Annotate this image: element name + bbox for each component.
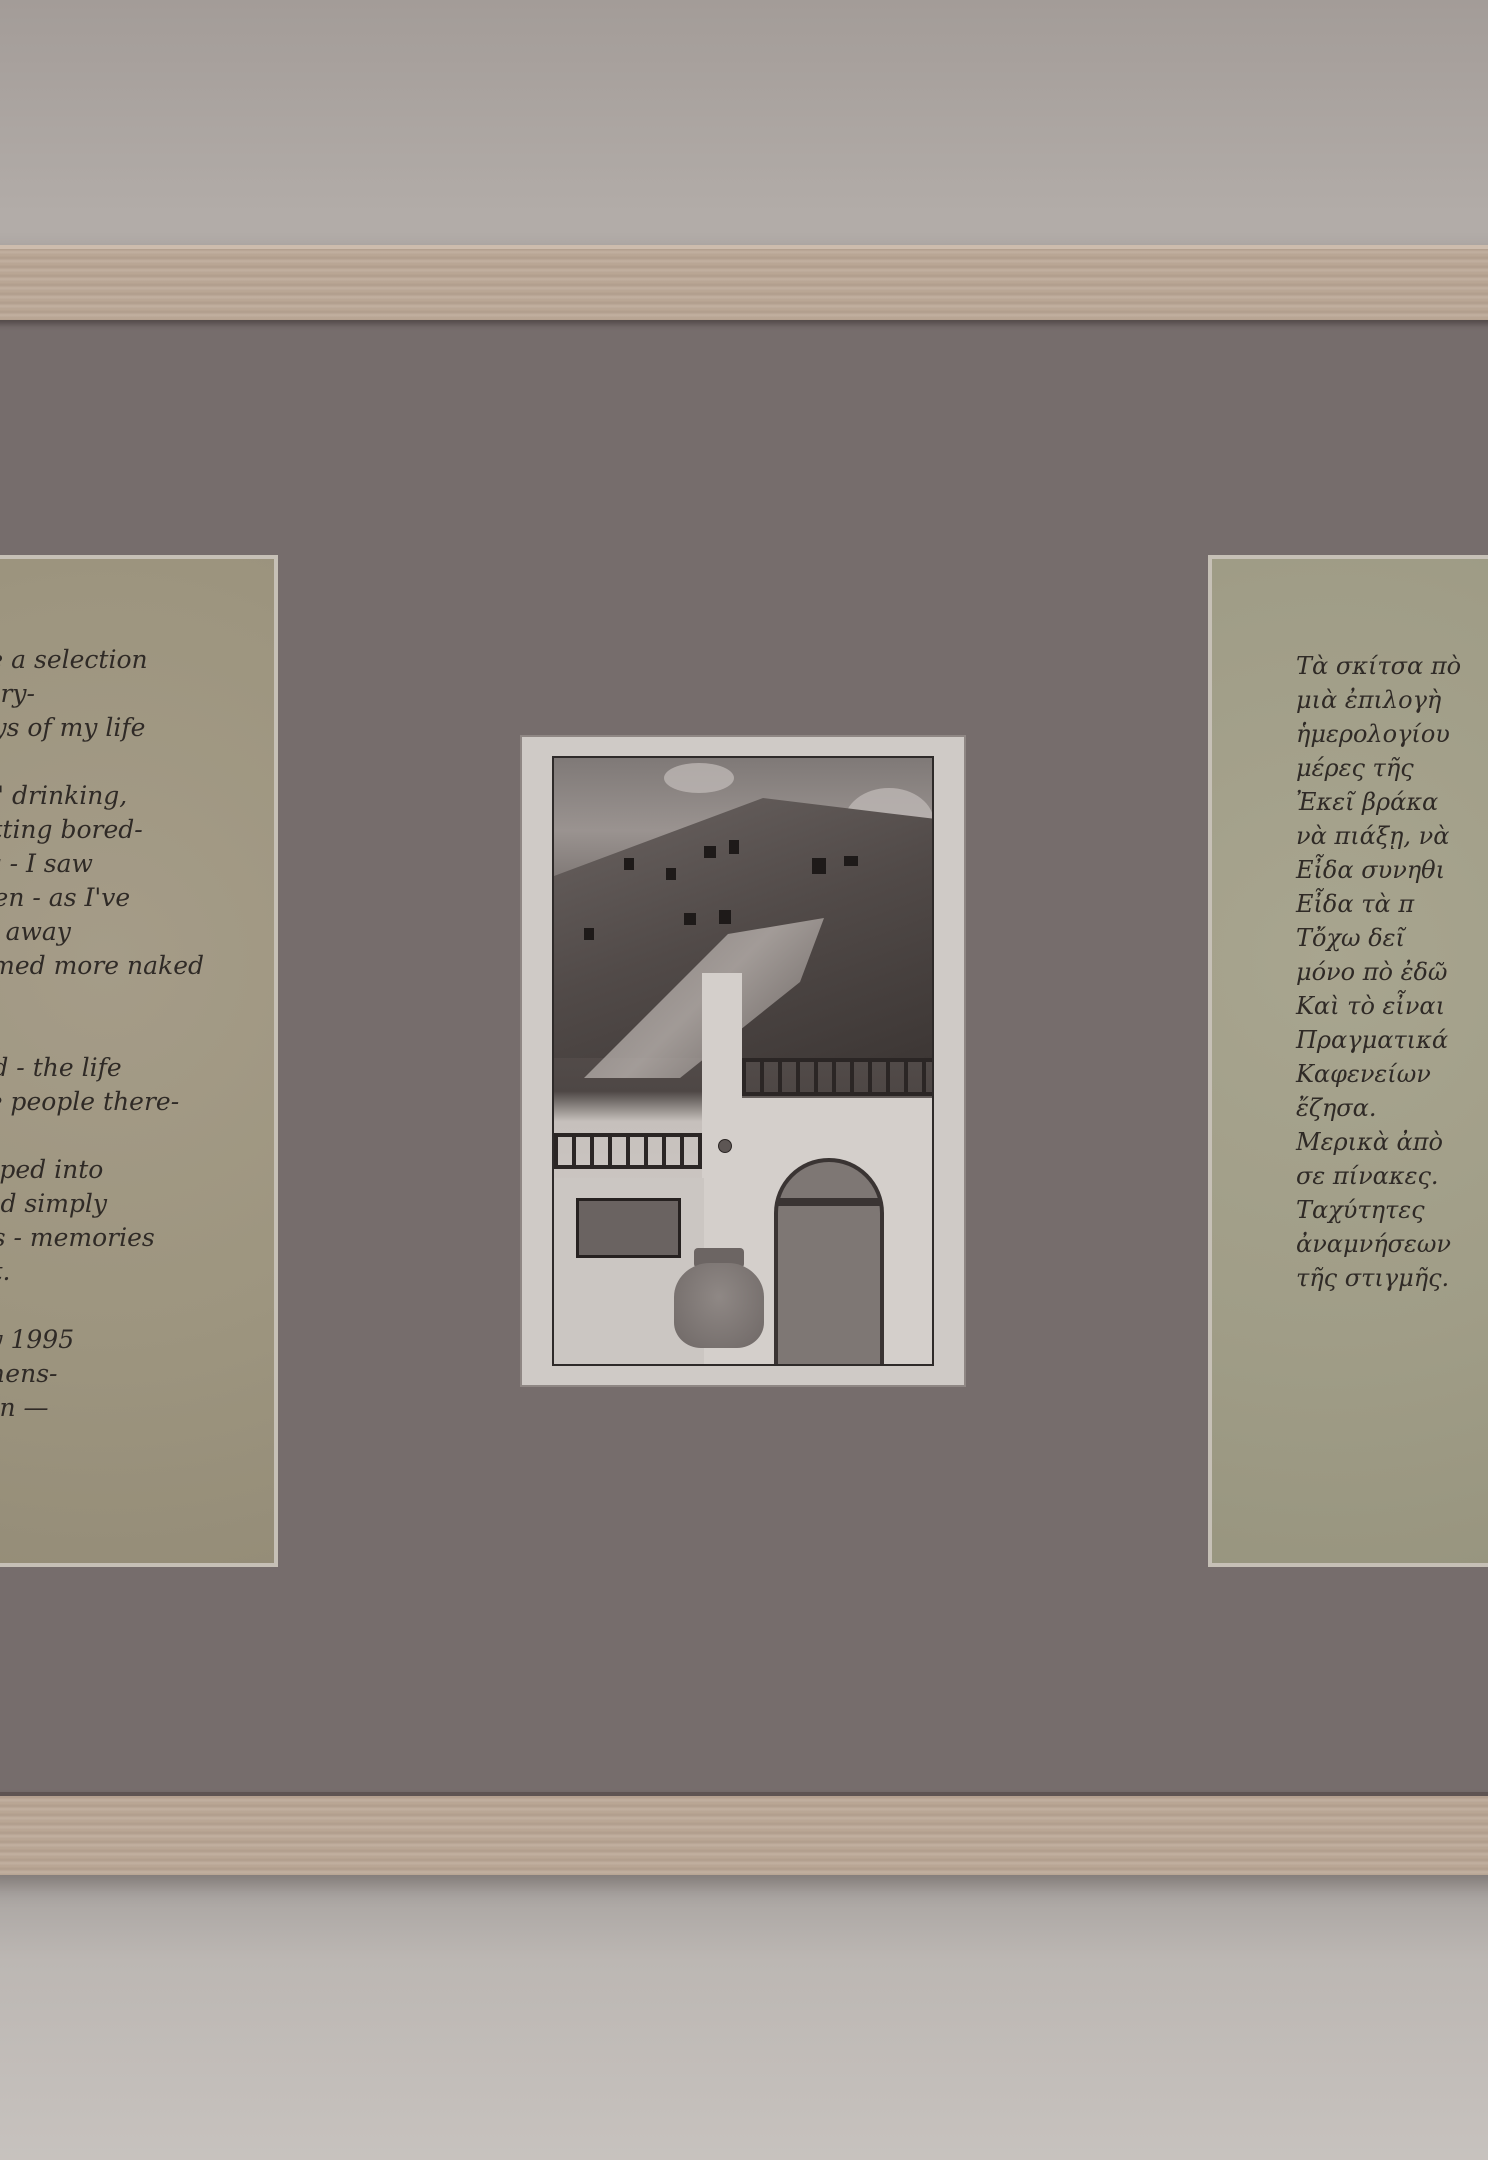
lower-railing [554,1133,702,1169]
handwritten-line: Ἐκεῖ βράκα [1296,785,1461,819]
handwritten-place: Athens- [0,1357,204,1391]
handwritten-line [0,1289,204,1323]
handwritten-line: ded - the life [0,1051,204,1085]
handwritten-line: Ταχύτητες [1296,1193,1461,1227]
handwritten-line: Καφενείων [1296,1057,1461,1091]
handwritten-line: ἔζησα. [1296,1091,1461,1125]
ruin-window [844,856,858,866]
handwritten-line: ons - memories [0,1221,204,1255]
handwritten-line: Εἶδα συνηθι [1296,853,1461,887]
right-letter-text: Τὰ σκίτσα πὸ μιὰ ἐπιλογὴ ἡμερολογίου μέρ… [1296,649,1461,1295]
handwritten-line: Καὶ τὸ εἶναι [1296,989,1461,1023]
handwritten-line: eloped into [0,1153,204,1187]
frame-top-edge [0,245,1488,249]
handwritten-line: ppen - as I've [0,881,204,915]
handwritten-line: Τὄχω δεῖ [1296,921,1461,955]
handwritten-line: τῆς στιγμῆς. [1296,1261,1461,1295]
clay-jar [674,1263,764,1348]
handwritten-line: ined simply [0,1187,204,1221]
left-letter-paper: are a selection diary- days of my life a… [0,559,274,1563]
handwritten-line: Πραγματικά [1296,1023,1461,1057]
handwritten-line: ἡμερολογίου [1296,717,1461,751]
handwritten-line: days of my life [0,711,204,745]
handwritten-line: σε πίνακες. [1296,1159,1461,1193]
center-photo-mount [522,737,964,1385]
handwritten-line [0,1017,204,1051]
handwritten-line: _ - [0,983,204,1017]
handwritten-line: ἀναμνήσεων [1296,1227,1461,1261]
handwritten-line [0,745,204,779]
wall-lamp [718,1139,732,1153]
left-letter-text: are a selection diary- days of my life a… [0,643,204,1425]
center-photograph [552,756,934,1366]
ruin-window [684,913,696,925]
left-letter-panel: are a selection diary- days of my life a… [0,555,278,1567]
door-lintel [778,1198,880,1206]
ruin-window [666,868,676,880]
handwritten-line: Τὰ σκίτσα πὸ [1296,649,1461,683]
ruin-window [719,910,731,924]
ruin-window [812,858,826,874]
cloud [664,763,734,793]
handwritten-line: eemed more naked [0,949,204,983]
arched-door [774,1158,884,1366]
handwritten-line: Εἶδα τὰ π [1296,887,1461,921]
handwritten-date: ary 1995 [0,1323,204,1357]
handwritten-line: μόνο πὸ ἐδῶ [1296,955,1461,989]
handwritten-line: far away [0,915,204,949]
handwritten-line: are a selection [0,643,204,677]
handwritten-signature: ston — [0,1391,204,1425]
wall-plaque [576,1198,681,1258]
handwritten-line: an" drinking, [0,779,204,813]
handwritten-line: μιὰ ἐπιλογὴ [1296,683,1461,717]
handwritten-line: diary- [0,677,204,711]
ruin-window [704,846,716,858]
right-letter-panel: Τὰ σκίτσα πὸ μιὰ ἐπιλογὴ ἡμερολογίου μέρ… [1208,555,1488,1567]
handwritten-line: Μερικὰ ἀπὸ [1296,1125,1461,1159]
handwritten-line: ing - I saw [0,847,204,881]
handwritten-line: ent. [0,1255,204,1289]
handwritten-line: μέρες τῆς [1296,751,1461,785]
handwritten-line: νὰ πιάξῃ, νὰ [1296,819,1461,853]
handwritten-line [0,1119,204,1153]
right-letter-paper: Τὰ σκίτσα πὸ μιὰ ἐπιλογὴ ἡμερολογίου μέρ… [1212,559,1488,1563]
wall [0,1875,1488,2160]
upper-railing [742,1058,932,1096]
frame-inner-shadow [0,1792,1488,1796]
handwritten-line: the people there- [0,1085,204,1119]
ruin-window [729,840,739,854]
ruin-window [624,858,634,870]
handwritten-line: getting bored- [0,813,204,847]
ruin-window [584,928,594,940]
